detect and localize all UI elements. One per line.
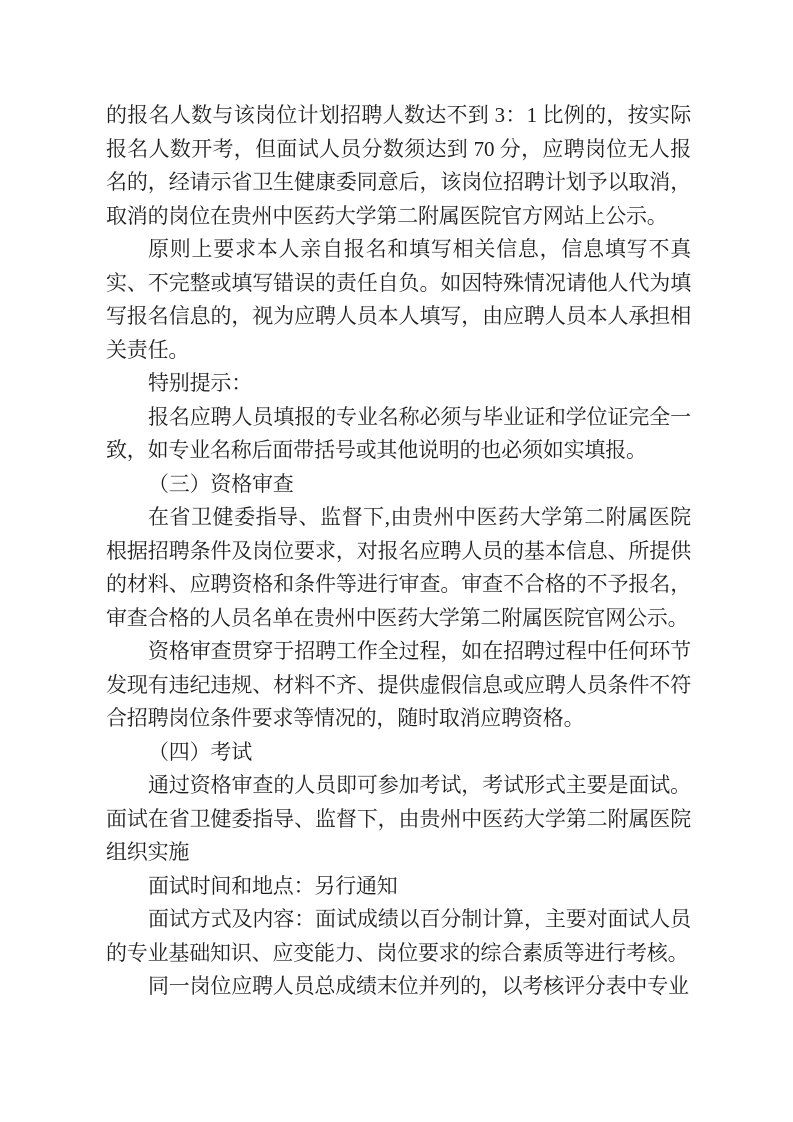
paragraph: 原则上要求本人亲自报名和填写相关信息，信息填写不真实、不完整或填写错误的责任自负… xyxy=(106,233,691,367)
document-text-body: 的报名人数与该岗位计划招聘人数达不到 3：1 比例的，按实际报名人数开考，但面试… xyxy=(106,99,691,1004)
paragraph-continuation: 的报名人数与该岗位计划招聘人数达不到 3：1 比例的，按实际报名人数开考，但面试… xyxy=(106,99,691,233)
paragraph: 资格审查贯穿于招聘工作全过程，如在招聘过程中任何环节发现有违纪违规、材料不齐、提… xyxy=(106,635,691,736)
paragraph-interview-time-place: 面试时间和地点：另行通知 xyxy=(106,870,691,904)
section-heading-examination: （四）考试 xyxy=(106,736,691,770)
document-page: 的报名人数与该岗位计划招聘人数达不到 3：1 比例的，按实际报名人数开考，但面试… xyxy=(0,0,793,1122)
paragraph: 报名应聘人员填报的专业名称必须与毕业证和学位证完全一致，如专业名称后面带括号或其… xyxy=(106,401,691,468)
paragraph: 在省卫健委指导、监督下,由贵州中医药大学第二附属医院根据招聘条件及岗位要求，对报… xyxy=(106,501,691,635)
paragraph-special-note-label: 特别提示： xyxy=(106,367,691,401)
paragraph: 通过资格审查的人员即可参加考试，考试形式主要是面试。面试在省卫健委指导、监督下，… xyxy=(106,769,691,870)
paragraph: 面试方式及内容：面试成绩以百分制计算，主要对面试人员的专业基础知识、应变能力、岗… xyxy=(106,903,691,970)
section-heading-qualification-review: （三）资格审查 xyxy=(106,468,691,502)
paragraph-continuation-to-next-page: 同一岗位应聘人员总成绩末位并列的，以考核评分表中专业 xyxy=(106,970,691,1004)
